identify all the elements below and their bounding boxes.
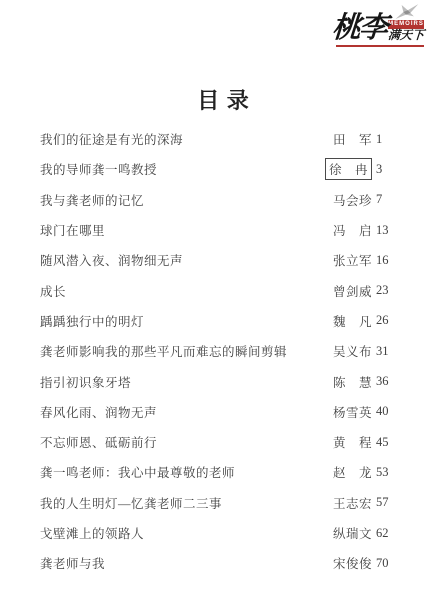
entry-title: 不忘师恩、砥砺前行 [40, 433, 157, 451]
entry-author: 纵瑞文 [333, 524, 372, 542]
brand-logo-row: 桃李 MEMOIRS 满天下 [336, 3, 424, 43]
brand-sub-calligraphy: 满天下 [388, 29, 425, 43]
entry-page: 40 [376, 404, 389, 419]
entry-page: 57 [376, 495, 389, 510]
entry-title: 戈壁滩上的领路人 [40, 524, 144, 542]
dove-icon [392, 3, 420, 20]
entry-title: 我的导师龚一鸣教授 [40, 160, 157, 178]
toc-row: 成长 曾剑威 23 [40, 275, 389, 305]
toc-row: 球门在哪里 冯 启 13 [40, 215, 389, 245]
toc-row: 随风潜入夜、润物细无声 张立军 16 [40, 245, 389, 275]
toc-row: 我的人生明灯—忆龚老师二三事 王志宏 57 [40, 488, 389, 518]
entry-title: 龚老师与我 [40, 554, 105, 572]
page-title: 目 录 [0, 84, 447, 115]
entry-title: 踽踽独行中的明灯 [40, 312, 144, 330]
entry-author: 黄 程 [333, 433, 372, 451]
entry-page: 31 [376, 344, 389, 359]
entry-author: 杨雪英 [333, 403, 372, 421]
toc-list: 我们的征途是有光的深海 田 军 1 我的导师龚一鸣教授 徐 冉 3 我与龚老师的… [40, 124, 389, 578]
entry-right: 黄 程 45 [333, 433, 389, 451]
entry-right: 王志宏 57 [333, 494, 389, 512]
entry-page: 16 [376, 253, 389, 268]
entry-page: 13 [376, 223, 389, 238]
entry-author: 曾剑威 [333, 282, 372, 300]
entry-page: 23 [376, 283, 389, 298]
brand-main-calligraphy: 桃李 [331, 14, 387, 43]
entry-author: 陈 慧 [333, 373, 372, 391]
entry-author: 吴义布 [333, 342, 372, 360]
entry-title: 我们的征途是有光的深海 [40, 130, 183, 148]
toc-row: 我的导师龚一鸣教授 徐 冉 3 [40, 154, 389, 184]
entry-title: 成长 [40, 282, 66, 300]
toc-row: 龚老师与我 宋俊俊 70 [40, 548, 389, 578]
entry-right: 赵 龙 53 [333, 463, 389, 481]
entry-author: 赵 龙 [333, 463, 372, 481]
entry-author: 田 军 [333, 130, 372, 148]
entry-right: 杨雪英 40 [333, 403, 389, 421]
entry-page: 36 [376, 374, 389, 389]
entry-title: 我的人生明灯—忆龚老师二三事 [40, 494, 222, 512]
entry-title: 春风化雨、润物无声 [40, 403, 157, 421]
toc-row: 戈壁滩上的领路人 纵瑞文 62 [40, 518, 389, 548]
entry-author: 宋俊俊 [333, 554, 372, 572]
entry-page: 1 [376, 132, 389, 147]
entry-page: 26 [376, 313, 389, 328]
entry-author: 冯 启 [333, 221, 372, 239]
entry-right: 魏 凡 26 [333, 312, 389, 330]
entry-page: 45 [376, 435, 389, 450]
entry-page: 70 [376, 556, 389, 571]
entry-right: 田 军 1 [333, 130, 389, 148]
entry-title: 指引初识象牙塔 [40, 373, 131, 391]
entry-title: 龚一鸣老师：我心中最尊敬的老师 [40, 463, 235, 481]
entry-page: 62 [376, 526, 389, 541]
entry-title: 随风潜入夜、润物细无声 [40, 251, 183, 269]
entry-right: 纵瑞文 62 [333, 524, 389, 542]
entry-author: 马会珍 [333, 191, 372, 209]
toc-row: 龚一鸣老师：我心中最尊敬的老师 赵 龙 53 [40, 457, 389, 487]
brand-underline [336, 45, 424, 47]
entry-author-boxed: 徐 冉 [325, 158, 372, 180]
toc-row: 不忘师恩、砥砺前行 黄 程 45 [40, 427, 389, 457]
brand-logo-column: MEMOIRS 满天下 [388, 3, 424, 43]
entry-right: 张立军 16 [333, 251, 389, 269]
toc-page: { "logo": { "main": "桃李", "sub": "满天下", … [0, 0, 447, 594]
entry-author: 王志宏 [333, 494, 372, 512]
entry-author: 张立军 [333, 251, 372, 269]
entry-right: 曾剑威 23 [333, 282, 389, 300]
toc-row: 春风化雨、润物无声 杨雪英 40 [40, 397, 389, 427]
toc-row: 踽踽独行中的明灯 魏 凡 26 [40, 306, 389, 336]
entry-right: 宋俊俊 70 [333, 554, 389, 572]
entry-right: 徐 冉 3 [325, 158, 389, 180]
toc-row: 我们的征途是有光的深海 田 军 1 [40, 124, 389, 154]
entry-title: 球门在哪里 [40, 221, 105, 239]
entry-right: 马会珍 7 [333, 191, 389, 209]
toc-row: 我与龚老师的记忆 马会珍 7 [40, 185, 389, 215]
entry-title: 龚老师影响我的那些平凡而难忘的瞬间剪辑 [40, 342, 287, 360]
entry-page: 3 [376, 162, 389, 177]
entry-title: 我与龚老师的记忆 [40, 191, 144, 209]
entry-right: 陈 慧 36 [333, 373, 389, 391]
toc-row: 龚老师影响我的那些平凡而难忘的瞬间剪辑 吴义布 31 [40, 336, 389, 366]
entry-right: 冯 启 13 [333, 221, 389, 239]
entry-page: 53 [376, 465, 389, 480]
toc-row: 指引初识象牙塔 陈 慧 36 [40, 366, 389, 396]
entry-page: 7 [376, 192, 389, 207]
brand-logo: 桃李 MEMOIRS 满天下 [336, 3, 424, 47]
entry-author: 魏 凡 [333, 312, 372, 330]
entry-right: 吴义布 31 [333, 342, 389, 360]
